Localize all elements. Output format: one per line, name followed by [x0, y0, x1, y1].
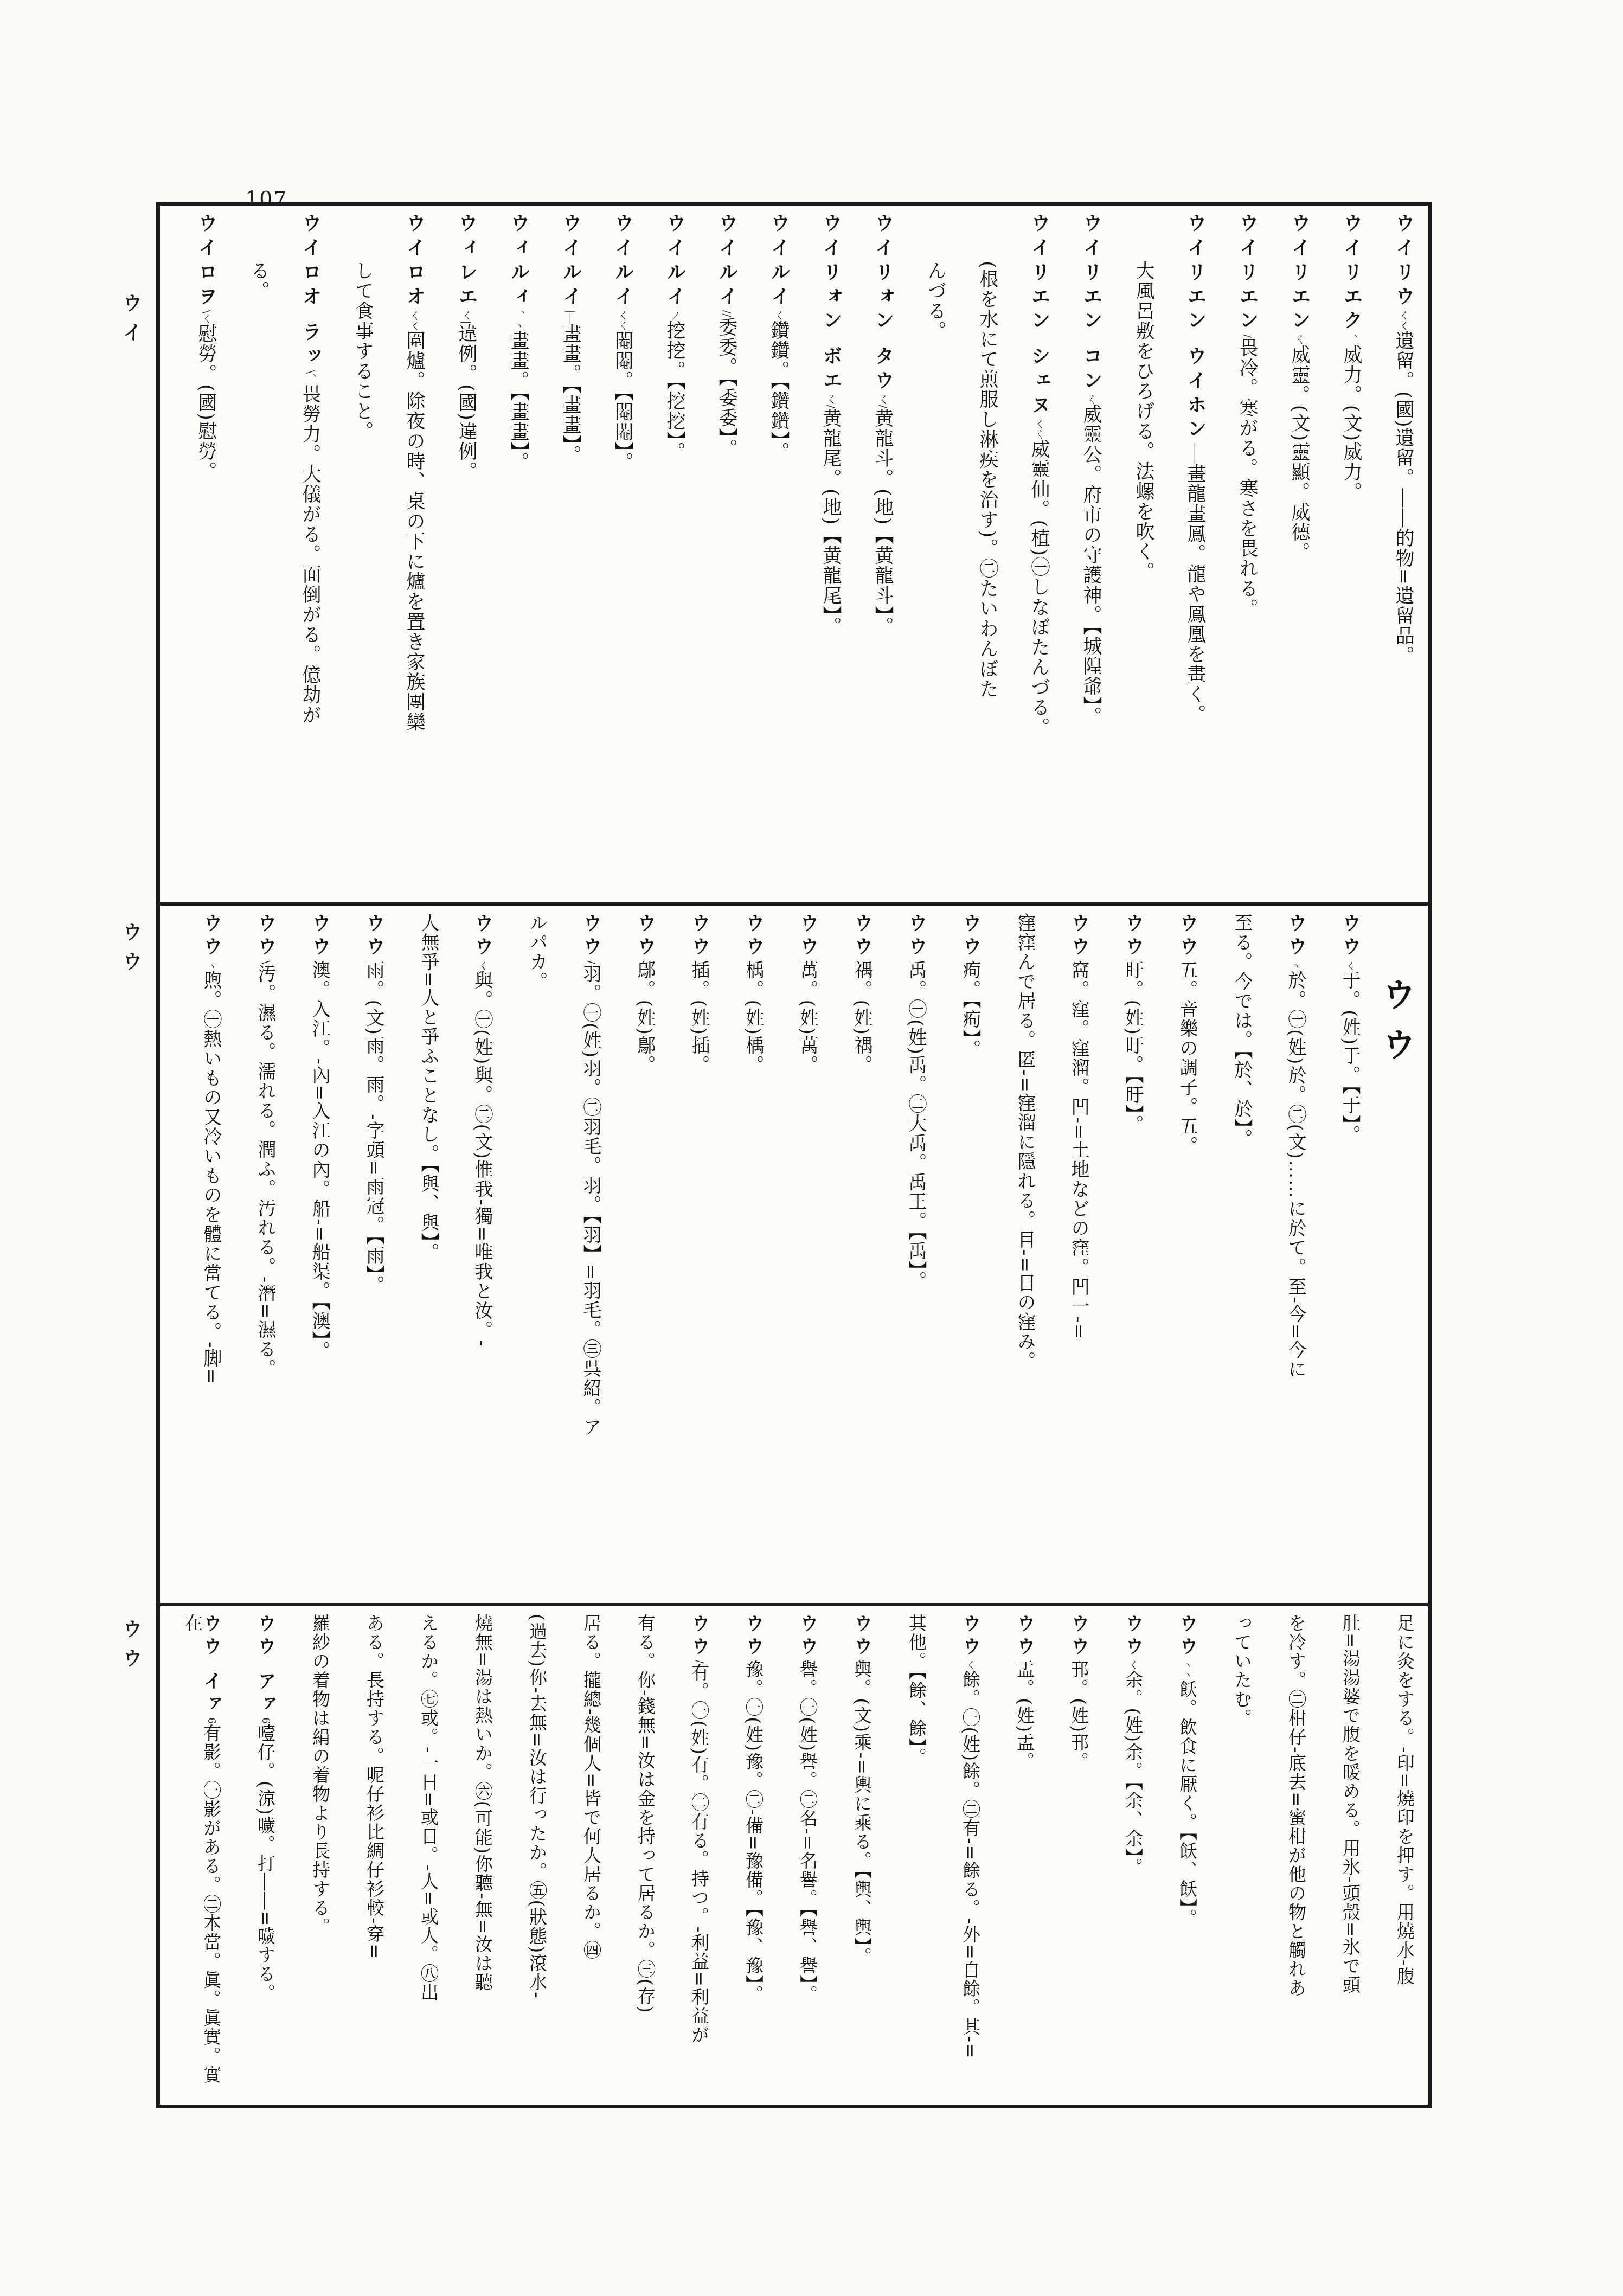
column-text: 余。(姓)余。【余、余】。 — [1122, 1670, 1144, 1877]
tone-marks: 、ヽ — [512, 310, 525, 331]
headword: ウウ — [851, 913, 873, 960]
column-text: 威靈仙。(植)㊀しなぼたんづる。 — [1028, 440, 1050, 737]
headword: ウイロオ — [403, 213, 426, 310]
column-text: 萬。(姓)萬。 — [797, 960, 818, 1075]
entry-column: ウイロオ ラッ\、畏勞力。大儀がる。面倒がる。億劫が — [268, 213, 320, 897]
column-text: (過去)你-去無=汝は行ったか。㊄(狀態)滾水- — [527, 1614, 548, 1999]
headword: ウウ — [1068, 1614, 1089, 1660]
column-text: 大風呂敷をひろげる。法螺を吹く。 — [1133, 261, 1154, 582]
entry-column: ウイリォン タウく/黄龍斗。(地)【黄龍斗】。 — [841, 213, 893, 897]
entry-column: ウウヽヽ飫。飲食に厭く。【飫、飫】。 — [1143, 1614, 1197, 2099]
headword: ウウ — [797, 913, 818, 960]
column-text: 其他。【餘、餘】。 — [906, 1614, 927, 1767]
column-text: んづる。 — [925, 261, 946, 341]
column-text: 餘。㊀(姓)餘。㊁有-=餘る。-外=自餘。其-= — [960, 1670, 981, 2059]
tone-marks: く — [965, 1660, 976, 1670]
entry-column: ウウ窩。窪。窪溜。凹-=土地などの窪。凹一-= — [1034, 913, 1088, 1598]
continuation-column: ルパカ。 — [492, 913, 546, 1598]
tone-marks: く — [1085, 394, 1098, 405]
column-text: ルパカ。 — [526, 913, 548, 991]
headword: ウウ — [580, 913, 601, 960]
tone-marks: |― — [564, 310, 577, 324]
headword: ウイリエク — [1340, 213, 1363, 335]
column-text: 羽。㊀(姓)羽。㊁羽毛。羽。【羽】=羽毛。㊂呉紹。ア — [580, 964, 601, 1437]
continuation-column: 燒無=湯は熱いか。㊅(可能)你聽-無=汝は聽 — [438, 1614, 492, 2099]
tone-marks: くく — [408, 310, 421, 331]
entry-column: ウウ鄥。(姓)鄥。 — [600, 913, 655, 1598]
column-text: 挖挖。【挖挖】。 — [664, 320, 685, 462]
continuation-column: 居る。攏總-幾個人=皆で何人居るか。㊃ — [546, 1614, 600, 2099]
entry-column: ウウ譽。㊀(姓)譽。㊁名-=名譽。【譽、譽】。 — [763, 1614, 817, 2099]
column-text: して食事すること。 — [352, 261, 374, 441]
column-text: 澳。入江。-內=入江の內。船-=船渠。【澳】。 — [309, 960, 330, 1361]
tone-marks: ヽヽ — [1182, 1660, 1193, 1679]
column-text: 邘。(姓)邘。 — [1068, 1660, 1089, 1771]
page-frame: ウイリウくく遺留。(國)遺留。――的物=遺留品。ウイリエク、威力。(文)威力。ウ… — [156, 202, 1432, 2108]
continuation-column: んづる。 — [893, 213, 945, 897]
headword: ウィルィ — [508, 213, 530, 310]
headword: ウウ — [1014, 1614, 1035, 1660]
column-text: 畫畫。【畫畫】。 — [560, 324, 581, 466]
entry-column: ウウ五。音樂の調子。五。 — [1143, 913, 1197, 1598]
headword: ウイリウ — [1393, 213, 1415, 310]
tone-marks: くく — [617, 310, 629, 331]
column-text: 與。㊀(姓)與。㊁(文)惟我-獨=唯我と汝。- — [471, 971, 493, 1348]
column-text: 鄥。(姓)鄥。 — [634, 960, 656, 1075]
tone-marks: く/ — [825, 394, 837, 408]
column-text: 畫龍畫鳳。龍や鳳凰を畫く。 — [1184, 464, 1206, 724]
column-text: えるか。㊆或。-一日=或日。-人=或人。㊇出 — [418, 1614, 439, 2002]
entry-column: ウウ/羽。㊀(姓)羽。㊁羽毛。羽。【羽】=羽毛。㊂呉紹。ア — [546, 913, 600, 1598]
entry-column: ウウく于。(姓)于。【于】。 — [1305, 913, 1359, 1598]
tone-marks: ヽ — [1290, 960, 1301, 971]
entry-column: ウイルイ//委委。【委委】。 — [685, 213, 737, 897]
headword: ウウ アァ — [255, 1614, 276, 1717]
column-text: 煦。㊀熱いもの又冷いものを體に當てる。-脚= — [200, 971, 222, 1385]
column-text: 圍爐。除夜の時、桌の下に爐を置き家族團欒 — [403, 331, 425, 732]
continuation-column: 肚=湯湯婆で腹を暖める。用氷-頭殼=氷で頭 — [1305, 1614, 1359, 2099]
column-text: 畫畫。【畫畫】。 — [508, 331, 529, 472]
entry-column: ウィルィ、ヽ畫畫。【畫畫】。 — [477, 213, 529, 897]
section-title: ウウ — [1377, 913, 1416, 1077]
column-text: っていたむ。 — [1231, 1614, 1253, 1728]
entry-column: ウウ豫。㊀(姓)豫。㊁-備=豫備。【豫、豫】。 — [709, 1614, 763, 2099]
headword: ウイルイ — [768, 213, 790, 310]
headword: ウイルイ — [664, 213, 686, 310]
column-text: を冷す。㊁柑仔-底去=蜜柑が他の物と觸れあ — [1286, 1614, 1307, 1998]
band-uu-1: ウウウウく于。(姓)于。【于】。ウウヽ於。㊀(姓)於。㊁(文)……に於て。至-今… — [160, 902, 1428, 1603]
entry-column: ウイリエン コンく威靈公。府市の守護神。【城隍爺】。 — [1049, 213, 1101, 897]
entry-column: ウウ アァ6噎仔。(涼)噦。打――=噦する。 — [221, 1614, 275, 2099]
column-text: 盱。(姓)盱。【盱】。 — [1122, 960, 1144, 1134]
continuation-column: して食事すること。 — [320, 213, 373, 897]
column-text: 違例。(國)違例。 — [456, 324, 477, 482]
entry-column: ウウ\汚。濕る。濡れる。潤ふ。汚れる。-潛=濕る。 — [221, 913, 275, 1598]
entry-column: ウイルイくく閹閹。【閹閹】。 — [581, 213, 633, 897]
column-text: 于。(姓)于。【于】。 — [1339, 971, 1361, 1145]
tone-marks: 6 — [260, 1717, 271, 1724]
column-text: 慰勞。(國)慰勞。 — [195, 324, 217, 482]
column-text: 閹閹。【閹閹】。 — [612, 331, 633, 472]
entry-column: ウイリエン/畏冷。寒がる。寒さを畏れる。 — [1205, 213, 1258, 897]
column-text: (根を水にて煎服し淋疾を治す)。㊁たいわんぼた — [977, 261, 998, 699]
entry-column: ウウヽ於。㊀(姓)於。㊁(文)……に於て。至-今=今に — [1251, 913, 1305, 1598]
tone-marks: ヽ — [206, 960, 217, 971]
headword: ウイルイ — [560, 213, 582, 310]
headword: ウウ — [960, 1614, 981, 1660]
band-uu-2: 足に灸をする。-印=燒印を押す。用燒水-腹肚=湯湯婆で腹を暖める。用氷-頭殼=氷… — [160, 1603, 1428, 2105]
continuation-column: (過去)你-去無=汝は行ったか。㊄(狀態)滾水- — [492, 1614, 546, 2099]
tone-marks: く — [477, 960, 488, 971]
entry-column: ウイリエンく威靈。(文)靈顯。威德。 — [1258, 213, 1310, 897]
column-text: 禹。㊀(姓)禹。㊁大禹。禹王。【禹】。 — [905, 960, 927, 1291]
entry-column: ウウ楀。(姓)楀。 — [709, 913, 763, 1598]
column-text: 插。(姓)插。 — [688, 960, 710, 1075]
tone-marks: くく — [1033, 419, 1045, 440]
column-text: 豫。㊀(姓)豫。㊁-備=豫備。【豫、豫】。 — [743, 1660, 764, 2004]
band-ui: ウイリウくく遺留。(國)遺留。――的物=遺留品。ウイリエク、威力。(文)威力。ウ… — [160, 206, 1428, 902]
headword: ウウ — [742, 913, 764, 960]
column-text: 委委。【委委】。 — [716, 317, 737, 459]
entry-column: ウウ澳。入江。-內=入江の內。船-=船渠。【澳】。 — [275, 913, 329, 1598]
headword: ウイリォン ボエ — [820, 213, 842, 394]
column-text: 羅紗の着物は絹の着物より長持する。 — [310, 1614, 331, 1936]
tone-marks: \、 — [304, 370, 317, 384]
headword: ウイロヲ — [195, 213, 217, 310]
headword: ウウ — [743, 1614, 764, 1660]
continuation-column: 有る。你-錢無=汝は金を持って居るか。㊂(存) — [600, 1614, 655, 2099]
entry-column: ウイルイ|―畫畫。【畫畫】。 — [529, 213, 581, 897]
entry-column: ウウ禹。㊀(姓)禹。㊁大禹。禹王。【禹】。 — [871, 913, 926, 1598]
entry-column: ウウく餘。㊀(姓)餘。㊁有-=餘る。-外=自餘。其-= — [926, 1614, 980, 2099]
column-text: 威靈。(文)靈顯。威德。 — [1288, 345, 1310, 562]
column-text: 禑。(姓)禑。 — [851, 960, 873, 1075]
headword: ウウ イァ — [201, 1614, 222, 1717]
headword: ウウ — [254, 913, 276, 960]
column-text: 足に灸をする。-印=燒印を押す。用燒水-腹 — [1394, 1614, 1415, 1986]
tone-marks: 6 — [206, 1717, 217, 1724]
headword: ウイリエン ウイホン — [1184, 213, 1207, 443]
tone-marks: く — [1127, 1660, 1139, 1670]
tone-marks: くく — [1397, 310, 1410, 331]
entry-column: ウイルイく鑽鑽。【鑽鑽】。 — [737, 213, 789, 897]
column-text: 噎仔。(涼)噦。打――=噦する。 — [255, 1724, 276, 2003]
tone-marks: く — [1293, 335, 1306, 345]
headword: ウイルイ — [716, 213, 738, 310]
headword: ウウ — [1177, 1614, 1198, 1660]
continuation-column: る。 — [216, 213, 268, 897]
column-text: 居る。攏總-幾個人=皆で何人居るか。㊃ — [581, 1614, 602, 1960]
margin-label-uu-1: ウウ — [117, 922, 145, 980]
column-text: 畏冷。寒がる。寒さを畏れる。 — [1236, 338, 1258, 619]
entry-column: ウイロヲ\く慰勞。(國)慰勞。 — [164, 213, 216, 897]
headword: ウイルイ — [612, 213, 634, 310]
column-text: 威靈公。府市の守護神。【城隍爺】。 — [1080, 405, 1102, 727]
entry-column: ウウ邘。(姓)邘。 — [1034, 1614, 1088, 2099]
entry-column: ウイルイノ挖挖。【挖挖】。 — [633, 213, 685, 897]
headword: ウウ — [1339, 913, 1361, 960]
headword: ウウ — [797, 1614, 818, 1660]
column-text: 雨。(文)雨。雨。-字頭=雨冠。【雨】。 — [363, 960, 384, 1295]
entry-column: ウウ/有。㊀(姓)有。㊁有る。持つ。-利益=利益が — [655, 1614, 709, 2099]
column-text: 有る。你-錢無=汝は金を持って居るか。㊂(存) — [635, 1614, 656, 2014]
headword: ウウ — [634, 913, 656, 960]
headword: ウウ — [471, 913, 493, 960]
tone-marks: く/ — [877, 394, 889, 408]
entry-column: ウウ禑。(姓)禑。 — [817, 913, 871, 1598]
tone-marks: く — [1344, 960, 1356, 971]
headword: ウウ — [309, 913, 330, 960]
headword: ウイリエン シェヌ — [1028, 213, 1050, 419]
column-text: 遺留。(國)遺留。――的物=遺留品。 — [1393, 331, 1414, 666]
column-text: 痀。【痀】。 — [959, 960, 981, 1059]
entry-column: ウウ插。(姓)插。 — [655, 913, 709, 1598]
continuation-column: えるか。㊆或。-一日=或日。-人=或人。㊇出 — [383, 1614, 438, 2099]
headword: ウイリォン タウ — [872, 213, 894, 394]
continuation-column: ある。長持する。呢仔衫比綢仔衫較-穿= — [329, 1614, 383, 2099]
entry-column: ウイリエン シェヌくく威靈仙。(植)㊀しなぼたんづる。 — [997, 213, 1049, 897]
column-text: ある。長持する。呢仔衫比綢仔衫較-穿= — [364, 1614, 385, 1960]
entry-column: ウウ盂。(姓)盂。 — [980, 1614, 1034, 2099]
continuation-column: 足に灸をする。-印=燒印を押す。用燒水-腹 — [1359, 1614, 1414, 2099]
tone-marks: ノ — [669, 310, 681, 320]
headword: ウウ — [689, 1614, 710, 1660]
tone-marks: く| — [460, 310, 473, 324]
headword: ウウ — [1176, 913, 1198, 960]
column-text: 輿。(文)乘-=輿に乘る。【輿、輿】。 — [851, 1660, 873, 1966]
continuation-column: 羅紗の着物は絹の着物より長持する。 — [275, 1614, 329, 2099]
headword: ウイロオ ラッ — [299, 213, 322, 370]
continuation-column: 人無爭=人と爭ふことなし。【與、與】。 — [383, 913, 438, 1598]
tone-marks: // — [721, 310, 733, 317]
headword: ウウ — [959, 913, 981, 960]
column-text: 窩。窪。窪溜。凹-=土地などの窪。凹一-= — [1068, 960, 1089, 1340]
tone-marks: く — [773, 310, 785, 320]
section-header-column: ウウ — [1359, 913, 1414, 1598]
continuation-column: 其他。【餘、餘】。 — [871, 1614, 926, 2099]
headword: ウイリエン — [1288, 213, 1311, 335]
column-text: 有。㊀(姓)有。㊁有る。持つ。-利益=利益が — [689, 1663, 710, 2044]
column-text: 鑽鑽。【鑽鑽】。 — [768, 320, 790, 462]
entry-column: ウィレエく|違例。(國)違例。 — [425, 213, 477, 897]
continuation-column: (根を水にて煎服し淋疾を治す)。㊁たいわんぼた — [945, 213, 997, 897]
column-text: 盂。(姓)盂。 — [1014, 1660, 1035, 1771]
entry-column: ウイリエク、威力。(文)威力。 — [1310, 213, 1362, 897]
entry-column: ウウ輿。(文)乘-=輿に乘る。【輿、輿】。 — [817, 1614, 871, 2099]
headword: ウウ — [905, 913, 927, 960]
column-text: 黄龍斗。(地)【黄龍斗】。 — [872, 408, 894, 637]
headword: ウウ — [1068, 913, 1089, 960]
column-text: 譽。㊀(姓)譽。㊁名-=名譽。【譽、譽】。 — [797, 1660, 818, 2004]
headword: ウウ — [688, 913, 710, 960]
column-text: 肚=湯湯婆で腹を暖める。用氷-頭殼=氷で頭 — [1340, 1614, 1361, 1994]
column-text: 黄龍尾。(地)【黄龍尾】。 — [820, 408, 842, 637]
headword: ウウ — [1122, 913, 1144, 960]
entry-column: ウイリエン ウイホン――畫龍畫鳳。龍や鳳凰を畫く。 — [1153, 213, 1205, 897]
entry-column: ウウく余。(姓)余。【余、余】。 — [1088, 1614, 1143, 2099]
continuation-column: を冷す。㊁柑仔-底去=蜜柑が他の物と觸れあ — [1251, 1614, 1305, 2099]
column-text: 窪窪んで居る。匿-=窪溜に隱れる。目-=目の窪み。 — [1014, 913, 1036, 1371]
continuation-column: 窪窪んで居る。匿-=窪溜に隱れる。目-=目の窪み。 — [980, 913, 1034, 1598]
tone-marks: ―― — [1189, 443, 1202, 464]
entry-column: ウイロオくく圍爐。除夜の時、桌の下に爐を置き家族團欒 — [373, 213, 425, 897]
column-text: 於。㊀(姓)於。㊁(文)……に於て。至-今=今に — [1285, 971, 1306, 1379]
entry-column: ウウヽ煦。㊀熱いもの又冷いものを體に當てる。-脚= — [166, 913, 221, 1598]
continuation-column: 大風呂敷をひろげる。法螺を吹く。 — [1101, 213, 1153, 897]
headword: ウイリエン — [1236, 213, 1259, 335]
headword: ウウ — [363, 913, 384, 960]
entry-column: ウウく與。㊀(姓)與。㊁(文)惟我-獨=唯我と汝。- — [438, 913, 492, 1598]
entry-column: ウウ雨。(文)雨。雨。-字頭=雨冠。【雨】。 — [329, 913, 383, 1598]
entry-column: ウウ痀。【痀】。 — [926, 913, 980, 1598]
column-text: 威力。(文)威力。 — [1340, 345, 1362, 502]
entry-column: ウウ盱。(姓)盱。【盱】。 — [1088, 913, 1143, 1598]
entry-column: ウイリォン ボエく/黄龍尾。(地)【黄龍尾】。 — [789, 213, 841, 897]
column-text: 汚。濕る。濡れる。潤ふ。汚れる。-潛=濕る。 — [254, 964, 276, 1378]
headword: ウウ — [851, 1614, 873, 1660]
entry-column: ウウ イァ6有影。㊀影がある。㊁本當。眞。眞實。實在 — [166, 1614, 221, 2099]
column-text: 楀。(姓)楀。 — [742, 960, 764, 1075]
column-text: 五。音樂の調子。五。 — [1176, 960, 1198, 1156]
column-text: 人無爭=人と爭ふことなし。【與、與】。 — [418, 913, 439, 1263]
column-text: 飫。飲食に厭く。【飫、飫】。 — [1177, 1680, 1198, 1928]
headword: ウウ — [200, 913, 222, 960]
tone-marks: \く — [200, 310, 213, 324]
column-text: る。 — [248, 261, 270, 301]
margin-label-uu-2: ウウ — [117, 1619, 145, 1677]
headword: ウィレエ — [456, 213, 478, 310]
margin-label-ui: ウイ — [117, 293, 145, 351]
continuation-column: っていたむ。 — [1197, 1614, 1251, 2099]
column-text: 畏勞力。大儀がる。面倒がる。億劫が — [299, 384, 321, 725]
headword: ウウ — [1122, 1614, 1144, 1660]
column-text: 至る。今では。【於、於】。 — [1231, 913, 1253, 1149]
continuation-column: 至る。今では。【於、於】。 — [1197, 913, 1251, 1598]
headword: ウイリエン コン — [1080, 213, 1102, 394]
entry-column: ウウ萬。(姓)萬。 — [763, 913, 817, 1598]
entry-column: ウイリウくく遺留。(國)遺留。――的物=遺留品。 — [1362, 213, 1414, 897]
column-text: 燒無=湯は熱いか。㊅(可能)你聽-無=汝は聽 — [472, 1614, 493, 1992]
tone-marks: 、 — [1345, 335, 1358, 345]
headword: ウウ — [1285, 913, 1306, 960]
